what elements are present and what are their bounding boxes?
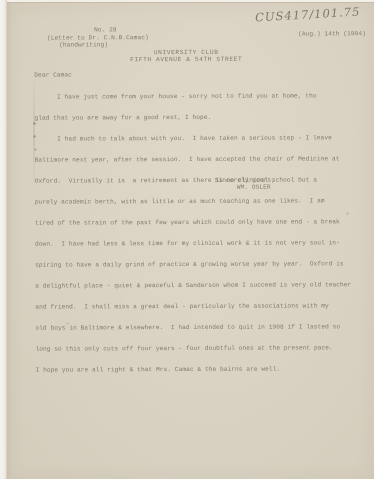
letter-date: (Aug.) 14th (1904)	[298, 30, 366, 37]
letter-number: No. 28	[94, 26, 117, 33]
body-line: I had much to talk about with you. I hav…	[35, 134, 351, 142]
body-line: old boys in Baltimore & elsewhere. I had…	[35, 323, 351, 331]
body-line: Oxford. Virtually it is a retirement as …	[35, 176, 351, 184]
body-line: down. I have had less & less time for my…	[35, 239, 351, 247]
signature: WM. OSLER	[237, 184, 271, 191]
letter-content: CUS417/101.75 No. 28 (Letter to Dr. C.N.…	[0, 0, 374, 479]
body-line: tired of the strain of the past few year…	[35, 218, 351, 226]
body-line: long so this only cuts off four years - …	[35, 344, 351, 352]
letter-medium-note: (handwriting)	[59, 41, 108, 48]
salutation: Dear Camac	[34, 72, 72, 79]
body-line: Baltimore next year, after the session. …	[35, 155, 351, 163]
body-line: and friend. I shall miss a great deal - …	[35, 302, 351, 310]
letterhead-address: FIFTH AVENUE & 54TH STREET	[0, 55, 373, 64]
body-line: spiring to have a daily grind of practic…	[35, 260, 351, 268]
handwritten-catalog-number: CUS417/101.75	[255, 4, 361, 24]
body-line: a delightful place - quiet & peaceful & …	[35, 281, 351, 289]
body-line: glad that you are away for a good rest, …	[34, 113, 350, 121]
body-line: purely academic berth, with as little or…	[35, 197, 351, 205]
body-line: I have just come from your house - sorry…	[34, 92, 350, 100]
letter-body: I have just come from your house - sorry…	[34, 78, 351, 387]
body-line: I hope you are all right & that Mrs. Cam…	[36, 365, 352, 373]
